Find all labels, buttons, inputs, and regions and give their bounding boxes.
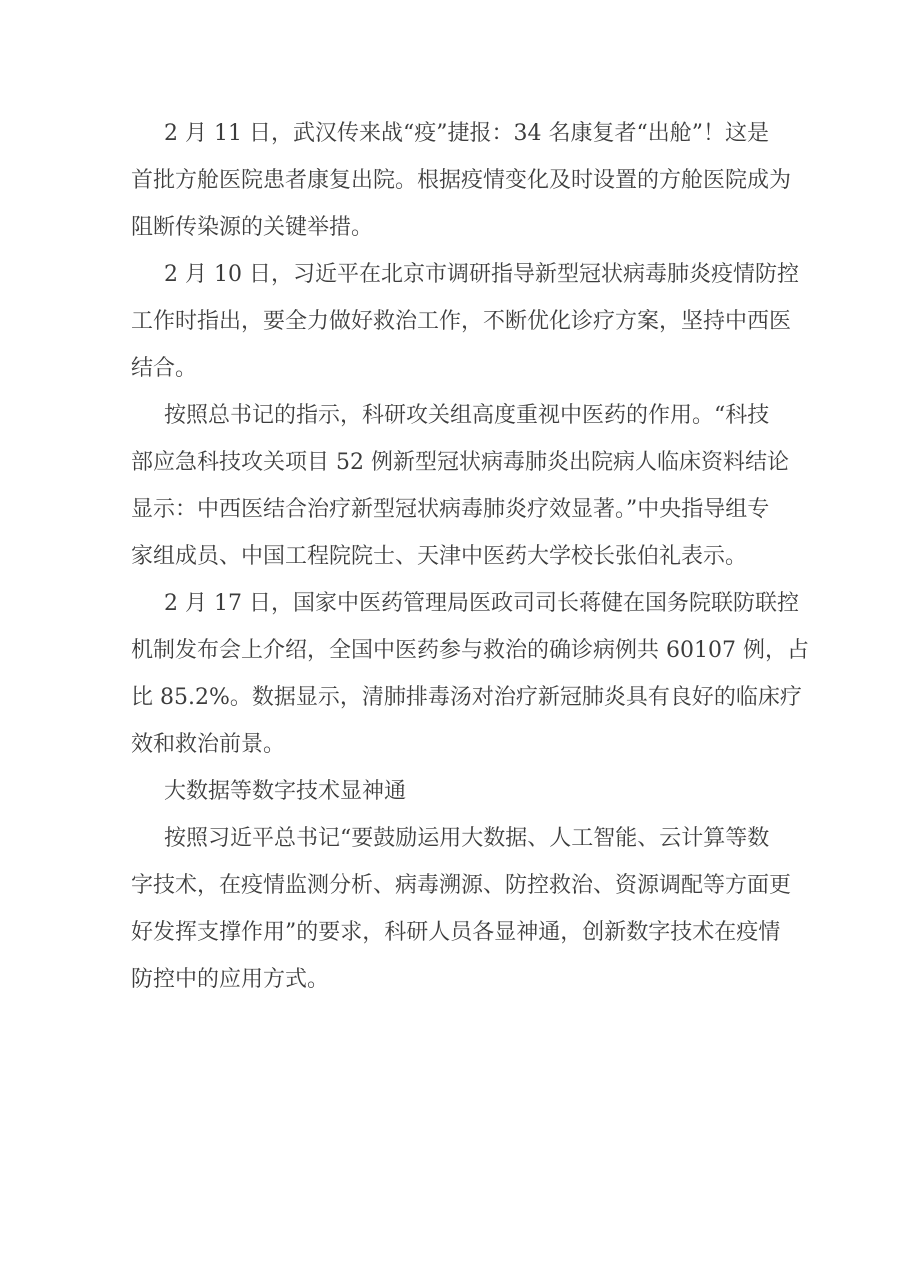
paragraph-2: 2 月 10 日，习近平在北京市调研指导新型冠状病毒肺炎疫情防控 工作时指出，要… (131, 251, 763, 392)
text-line: 2 月 11 日，武汉传来战“疫”捷报：34 名康复者“出舱”！这是 (131, 110, 763, 157)
text-line: 字技术，在疫情监测分析、病毒溯源、防控救治、资源调配等方面更 (131, 862, 763, 909)
text-line: 2 月 17 日，国家中医药管理局医政司司长蒋健在国务院联防联控 (131, 580, 763, 627)
paragraph-4: 2 月 17 日，国家中医药管理局医政司司长蒋健在国务院联防联控 机制发布会上介… (131, 580, 763, 768)
text-line: 比 85.2%。数据显示，清肺排毒汤对治疗新冠肺炎具有良好的临床疗 (131, 674, 763, 721)
text-line: 机制发布会上介绍，全国中医药参与救治的确诊病例共 60107 例，占 (131, 627, 763, 674)
text-line: 部应急科技攻关项目 52 例新型冠状病毒肺炎出院病人临床资料结论 (131, 439, 763, 486)
text-line: 2 月 10 日，习近平在北京市调研指导新型冠状病毒肺炎疫情防控 (131, 251, 763, 298)
text-line: 显示：中西医结合治疗新型冠状病毒肺炎疗效显著。”中央指导组专 (131, 486, 763, 533)
text-line: 阻断传染源的关键举措。 (131, 204, 763, 251)
text-line: 首批方舱医院患者康复出院。根据疫情变化及时设置的方舱医院成为 (131, 157, 763, 204)
subheading-line: 大数据等数字技术显神通 (131, 768, 763, 815)
text-line: 防控中的应用方式。 (131, 956, 763, 1003)
document-page: 2 月 11 日，武汉传来战“疫”捷报：34 名康复者“出舱”！这是 首批方舱医… (0, 0, 900, 1272)
paragraph-subheading: 大数据等数字技术显神通 (131, 768, 763, 815)
paragraph-1: 2 月 11 日，武汉传来战“疫”捷报：34 名康复者“出舱”！这是 首批方舱医… (131, 110, 763, 251)
text-line: 工作时指出，要全力做好救治工作，不断优化诊疗方案，坚持中西医 (131, 298, 763, 345)
text-line: 按照习近平总书记“要鼓励运用大数据、人工智能、云计算等数 (131, 815, 763, 862)
paragraph-3: 按照总书记的指示，科研攻关组高度重视中医药的作用。“科技 部应急科技攻关项目 5… (131, 392, 763, 580)
text-line: 结合。 (131, 345, 763, 392)
text-line: 好发挥支撑作用”的要求，科研人员各显神通，创新数字技术在疫情 (131, 909, 763, 956)
text-column: 2 月 11 日，武汉传来战“疫”捷报：34 名康复者“出舱”！这是 首批方舱医… (131, 110, 763, 1003)
text-line: 效和救治前景。 (131, 721, 763, 768)
text-line: 按照总书记的指示，科研攻关组高度重视中医药的作用。“科技 (131, 392, 763, 439)
text-line: 家组成员、中国工程院院士、天津中医药大学校长张伯礼表示。 (131, 533, 763, 580)
paragraph-5: 按照习近平总书记“要鼓励运用大数据、人工智能、云计算等数 字技术，在疫情监测分析… (131, 815, 763, 1003)
